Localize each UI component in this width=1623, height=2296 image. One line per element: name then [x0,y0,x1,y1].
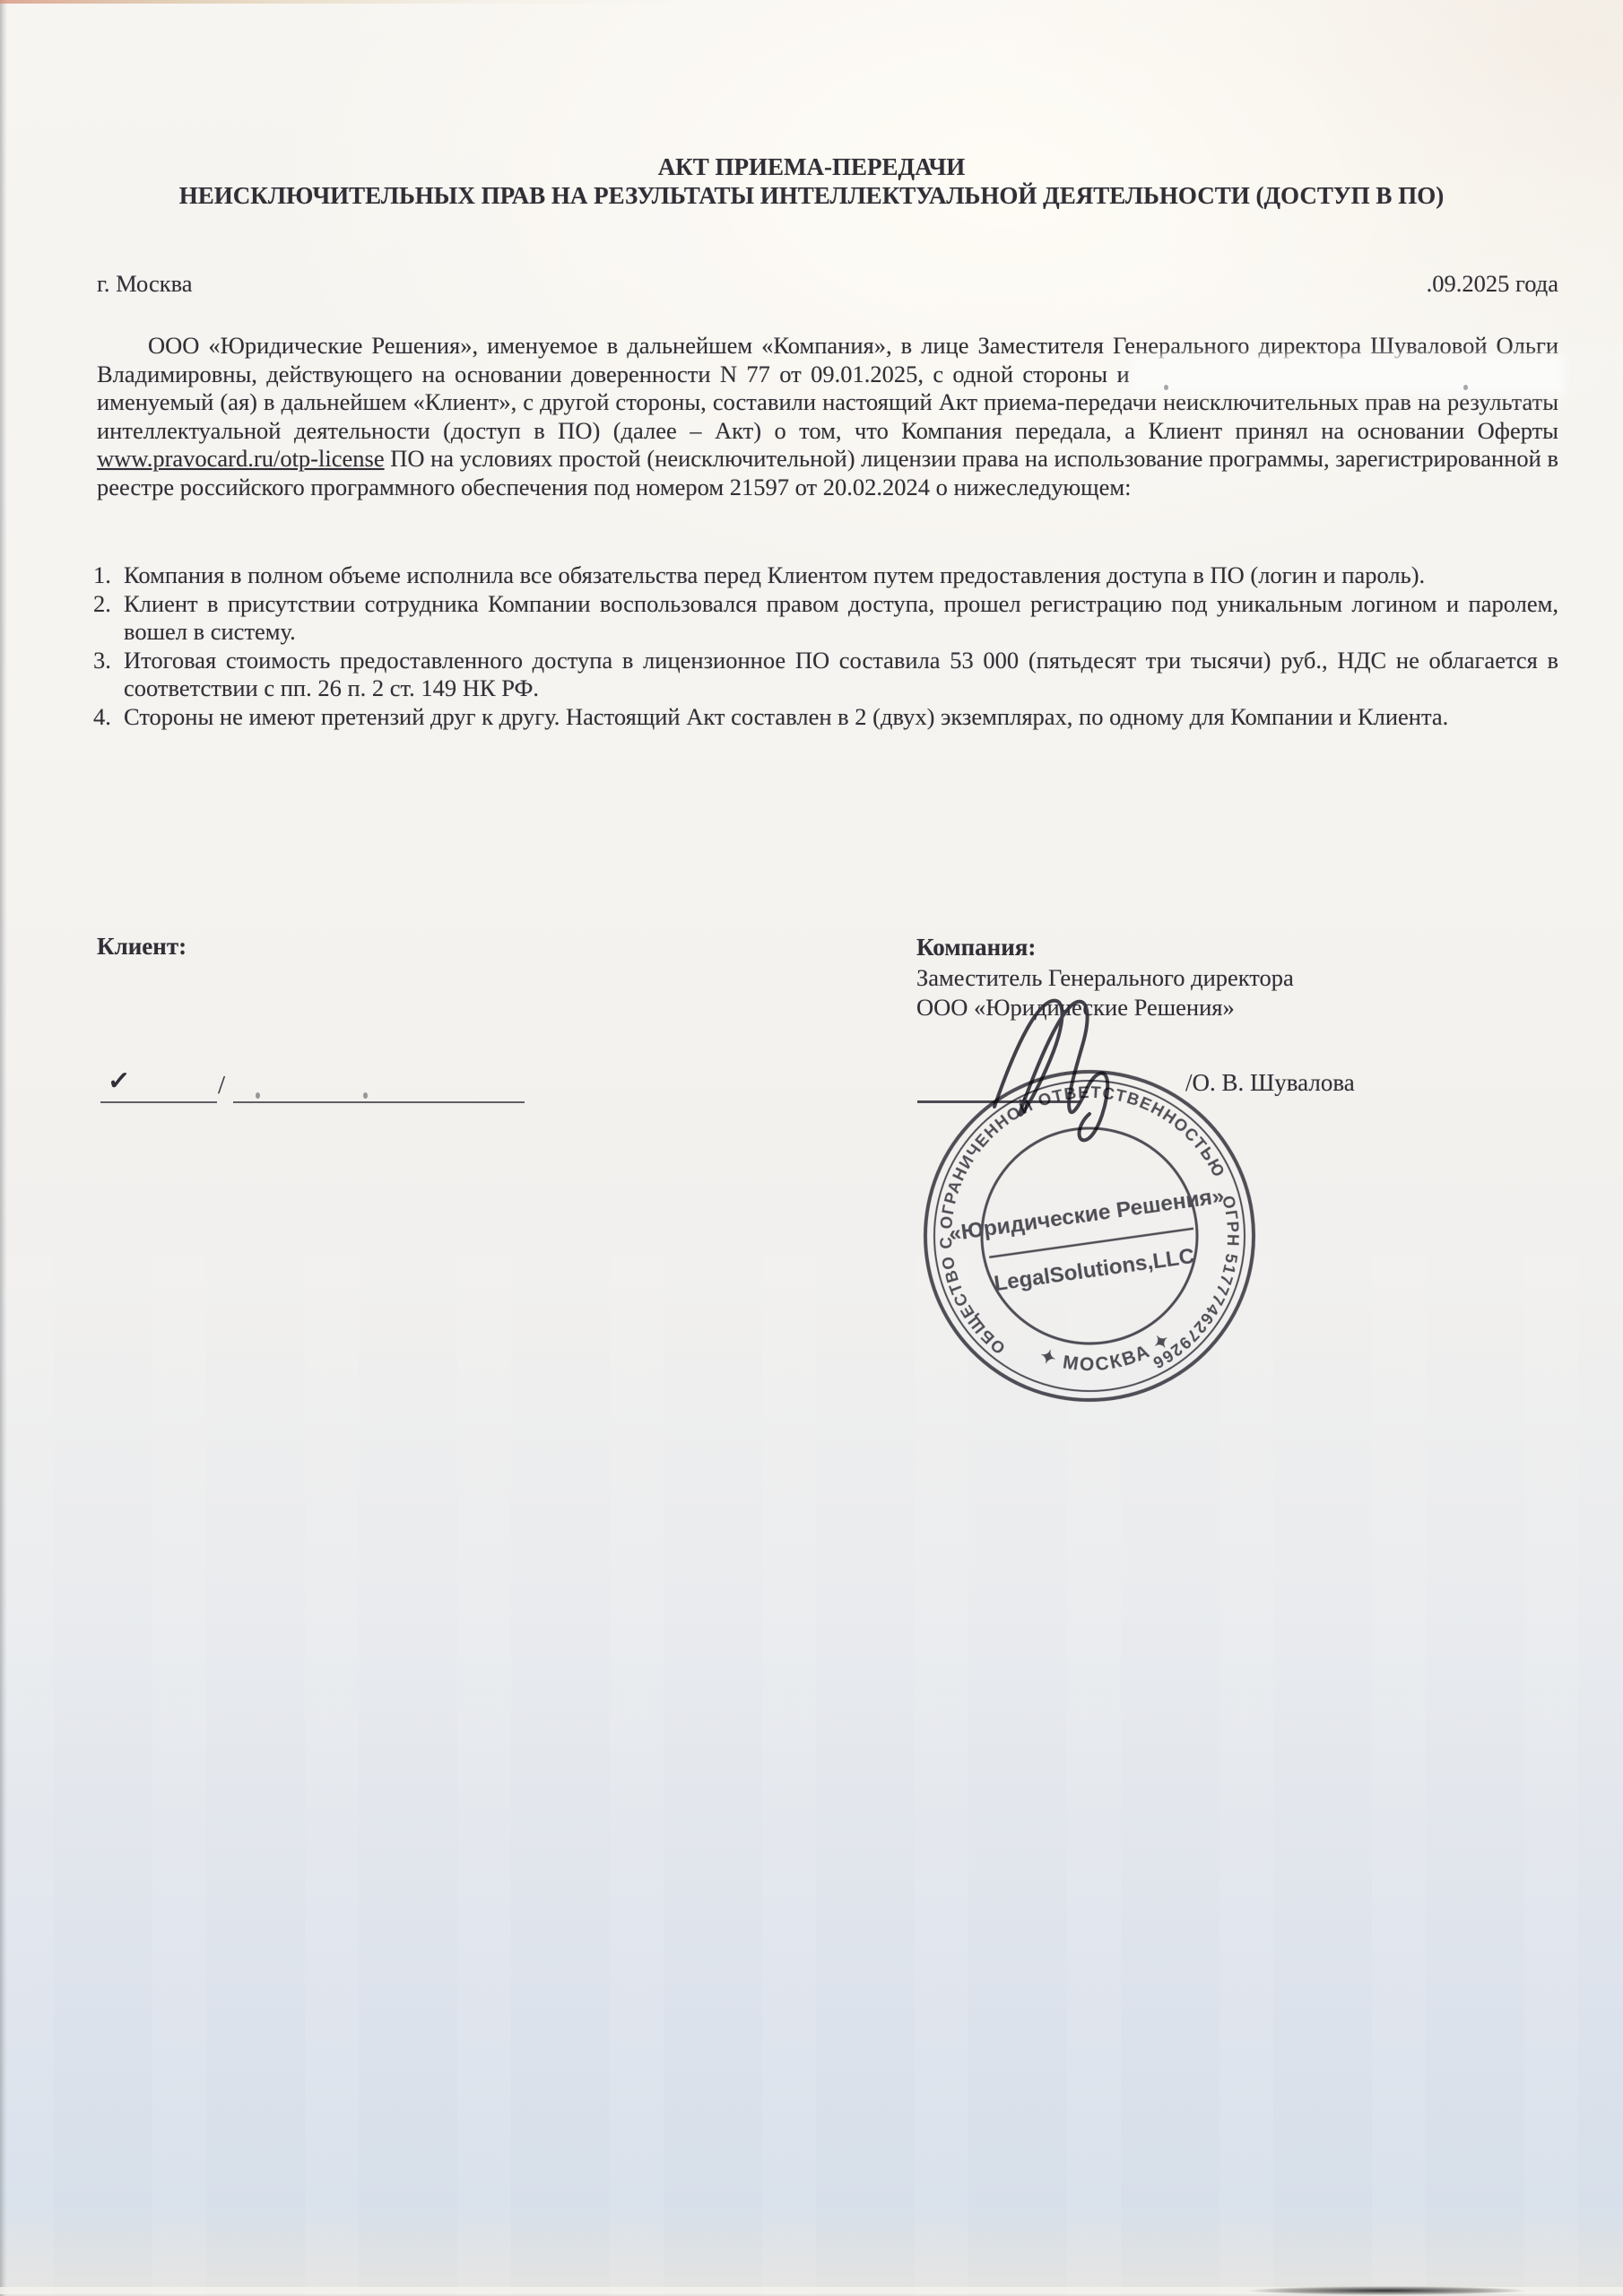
city-date-row: г. Москва .09.2025 года [97,270,1558,298]
photo-light-streaks [0,1256,1623,2296]
list-item-number: 2. [93,590,124,647]
client-checkmark: ✓ [107,1065,132,1098]
list-item-number: 4. [93,703,124,732]
city-label: г. Москва [97,270,193,298]
offer-link: www.pravocard.ru/otp-license [97,445,385,472]
scanned-document-page: АКТ ПРИЕМА-ПЕРЕДАЧИ НЕИСКЛЮЧИТЕЛЬНЫХ ПРА… [0,0,1623,2296]
client-signature-area: ✓ / [99,1065,529,1107]
document-title-line2: НЕИСКЛЮЧИТЕЛЬНЫХ ПРАВ НА РЕЗУЛЬТАТЫ ИНТЕ… [0,181,1623,210]
faint-pen-mark [363,1092,368,1099]
company-section-label: Компания: [916,933,1294,963]
numbered-clauses-list: 1. Компания в полном объеме исполнила вс… [93,561,1558,732]
list-item: 4. Стороны не имеют претензий друг к дру… [93,703,1558,732]
stamp-center-name-ru: «Юридические Решения» [948,1184,1226,1247]
list-item-text: Компания в полном объеме исполнила все о… [124,561,1558,590]
paper-left-edge [0,0,7,2296]
list-item: 1. Компания в полном объеме исполнила вс… [93,561,1558,590]
signature-slash: / [218,1071,225,1100]
client-signature-line [100,1101,217,1103]
document-title-line1: АКТ ПРИЕМА-ПЕРЕДАЧИ [0,152,1623,181]
paper-top-edge [0,0,681,4]
company-stamp: ОБЩЕСТВО С ОГРАНИЧЕННОЙ ОТВЕТСТВЕННОСТЬЮ… [899,1046,1280,1427]
intro-part2: именуемый (ая) в дальнейшем «Клиент», с … [97,388,1558,444]
list-item-number: 1. [93,561,124,590]
redacted-client-name [1139,361,1558,388]
company-role: Заместитель Генерального директора [916,963,1294,994]
faint-pen-mark [256,1092,260,1099]
client-section-label: Клиент: [97,933,187,961]
client-name-line [233,1101,525,1103]
date-label: .09.2025 года [1427,270,1558,298]
document-title: АКТ ПРИЕМА-ПЕРЕДАЧИ НЕИСКЛЮЧИТЕЛЬНЫХ ПРА… [0,152,1623,210]
redaction-remnant-mark [1164,385,1168,390]
list-item-number: 3. [93,647,124,703]
redaction-remnant-mark [1463,385,1468,390]
list-item: 3. Итоговая стоимость предоставленного д… [93,647,1558,703]
photo-dark-corner [1246,2286,1526,2295]
list-item-text: Клиент в присутствии сотрудника Компании… [124,590,1558,647]
list-item-text: Итоговая стоимость предоставленного дост… [124,647,1558,703]
list-item: 2. Клиент в присутствии сотрудника Компа… [93,590,1558,647]
list-item-text: Стороны не имеют претензий друг к другу.… [124,703,1558,732]
intro-paragraph: ООО «Юридические Решения», именуемое в д… [97,332,1558,502]
